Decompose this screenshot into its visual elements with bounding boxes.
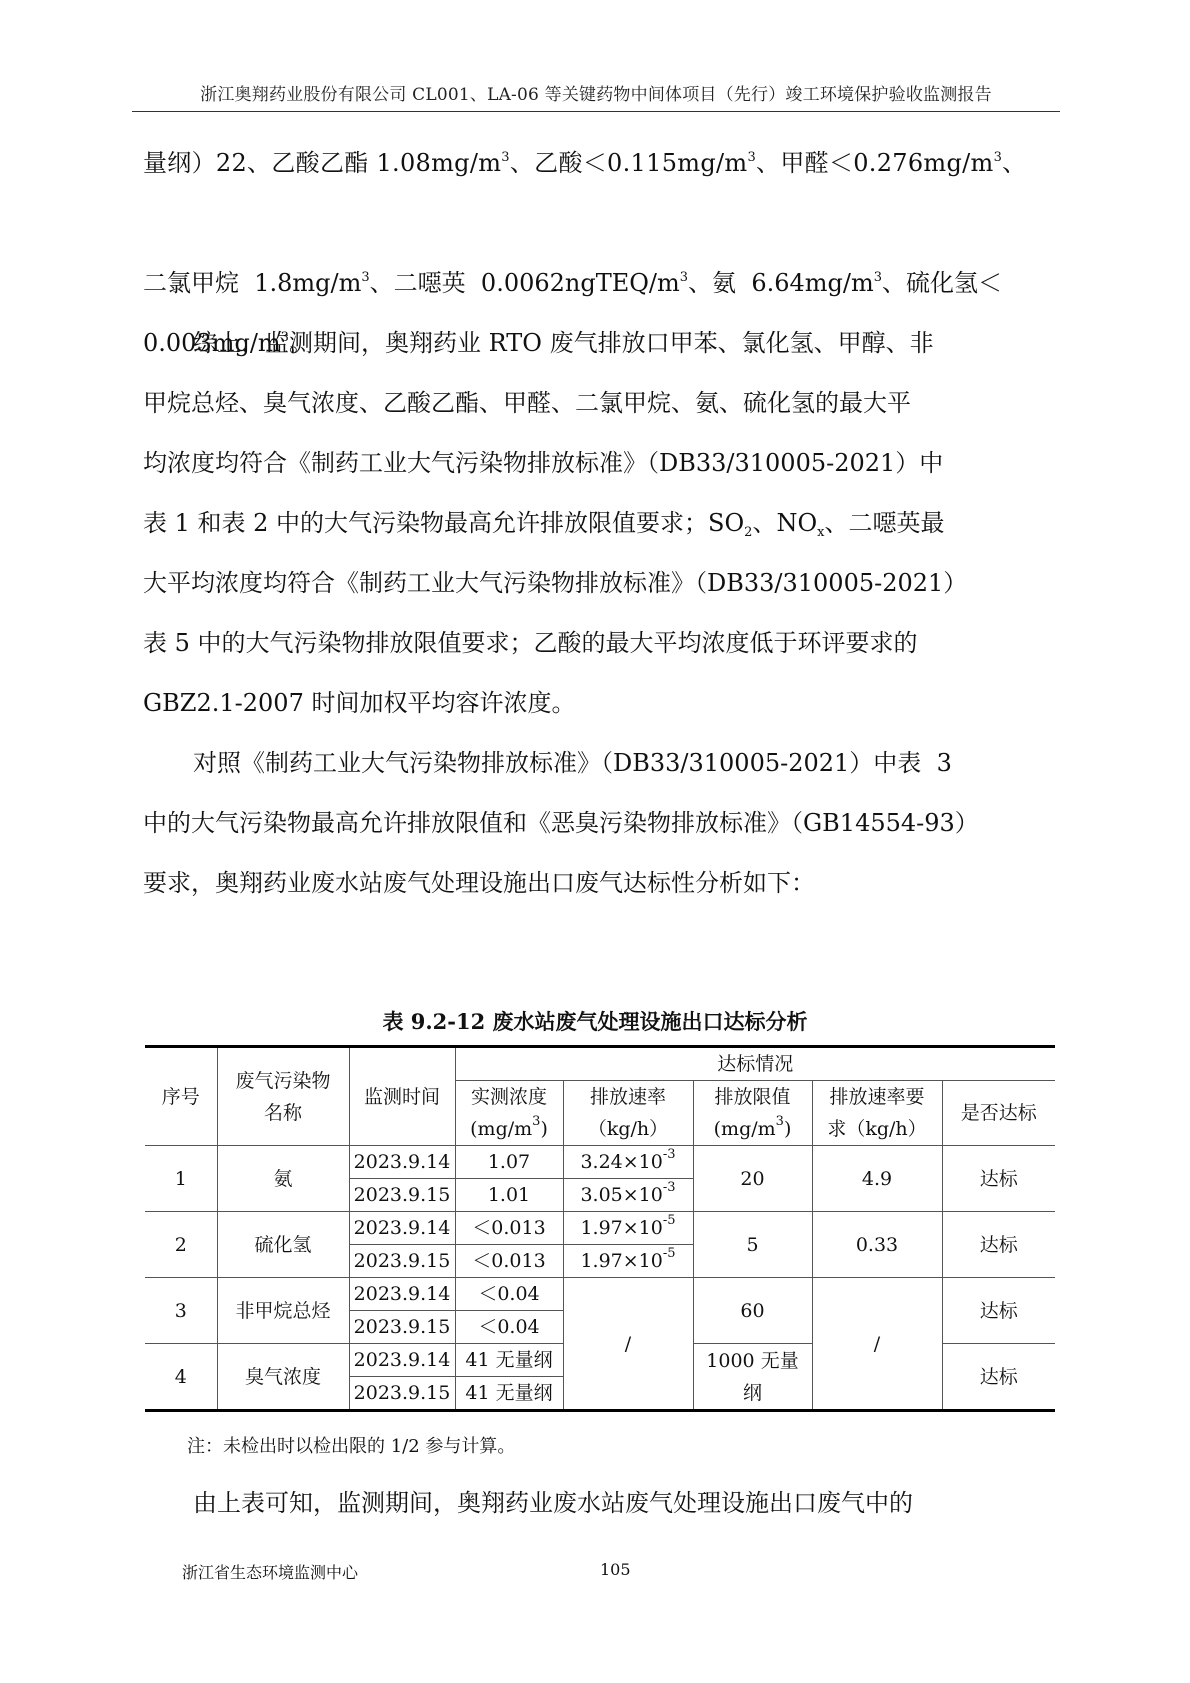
status-badge: 达标	[942, 1278, 1055, 1344]
header-limit: 排放限值(mg/m3)	[693, 1081, 812, 1146]
header-compliance-group: 达标情况	[455, 1047, 1055, 1081]
header-time: 监测时间	[349, 1047, 455, 1146]
shared-rate-cell: /	[563, 1278, 693, 1411]
paragraph-wastewater-intro: 对照《制药工业大气污染物排放标准》（DB33/310005-2021）中表 3 …	[143, 733, 1048, 913]
paragraph-rto-conclusion: 综上，监测期间，奥翔药业 RTO 废气排放口甲苯、氯化氢、甲醇、非 甲烷总烃、臭…	[143, 313, 1048, 733]
page-header: 浙江奥翔药业股份有限公司 CL001、LA-06 等关键药物中间体项目（先行）竣…	[132, 80, 1060, 105]
paragraph-table-conclusion: 由上表可知，监测期间，奥翔药业废水站废气处理设施出口废气中的	[143, 1473, 1048, 1533]
header-divider	[132, 111, 1060, 112]
text-line: 表 1 和表 2 中的大气污染物最高允许排放限值要求；SO2、NOx、二噁英最	[143, 493, 1048, 553]
header-seq: 序号	[145, 1047, 217, 1146]
status-badge: 达标	[942, 1146, 1055, 1212]
status-badge: 达标	[942, 1344, 1055, 1411]
header-rate-req: 排放速率要求（kg/h）	[812, 1081, 942, 1146]
status-badge: 达标	[942, 1212, 1055, 1278]
page-number: 105	[600, 1560, 631, 1579]
header-compliant: 是否达标	[942, 1081, 1055, 1146]
header-conc: 实测浓度(mg/m3)	[455, 1081, 563, 1146]
header-rate: 排放速率（kg/h）	[563, 1081, 693, 1146]
header-pollutant: 废气污染物名称	[217, 1047, 349, 1146]
table-caption: 表 9.2-12 废水站废气处理设施出口达标分析	[0, 1006, 1190, 1036]
table-note: 注：未检出时以检出限的 1/2 参与计算。	[187, 1432, 515, 1458]
table-header-row: 序号 废气污染物名称 监测时间 达标情况	[145, 1047, 1055, 1081]
shared-rate-req-cell: /	[812, 1278, 942, 1411]
table-row: 3 非甲烷总烃 2023.9.14 ＜0.04 / 60 / 达标	[145, 1278, 1055, 1311]
text-line: 二氯甲烷 1.8mg/m3、二噁英 0.0062ngTEQ/m3、氨 6.64m…	[143, 193, 1048, 313]
table-row: 2 硫化氢 2023.9.14 ＜0.013 1.97×10-5 5 0.33 …	[145, 1212, 1055, 1245]
footer-organization: 浙江省生态环境监测中心	[182, 1560, 358, 1583]
compliance-table: 序号 废气污染物名称 监测时间 达标情况 实测浓度(mg/m3) 排放速率（kg…	[145, 1045, 1055, 1412]
text-line: 量纲）22、乙酸乙酯 1.08mg/m3、乙酸＜0.115mg/m3、甲醛＜0.…	[143, 133, 1048, 193]
table-row: 1 氨 2023.9.14 1.07 3.24×10-3 20 4.9 达标	[145, 1146, 1055, 1179]
